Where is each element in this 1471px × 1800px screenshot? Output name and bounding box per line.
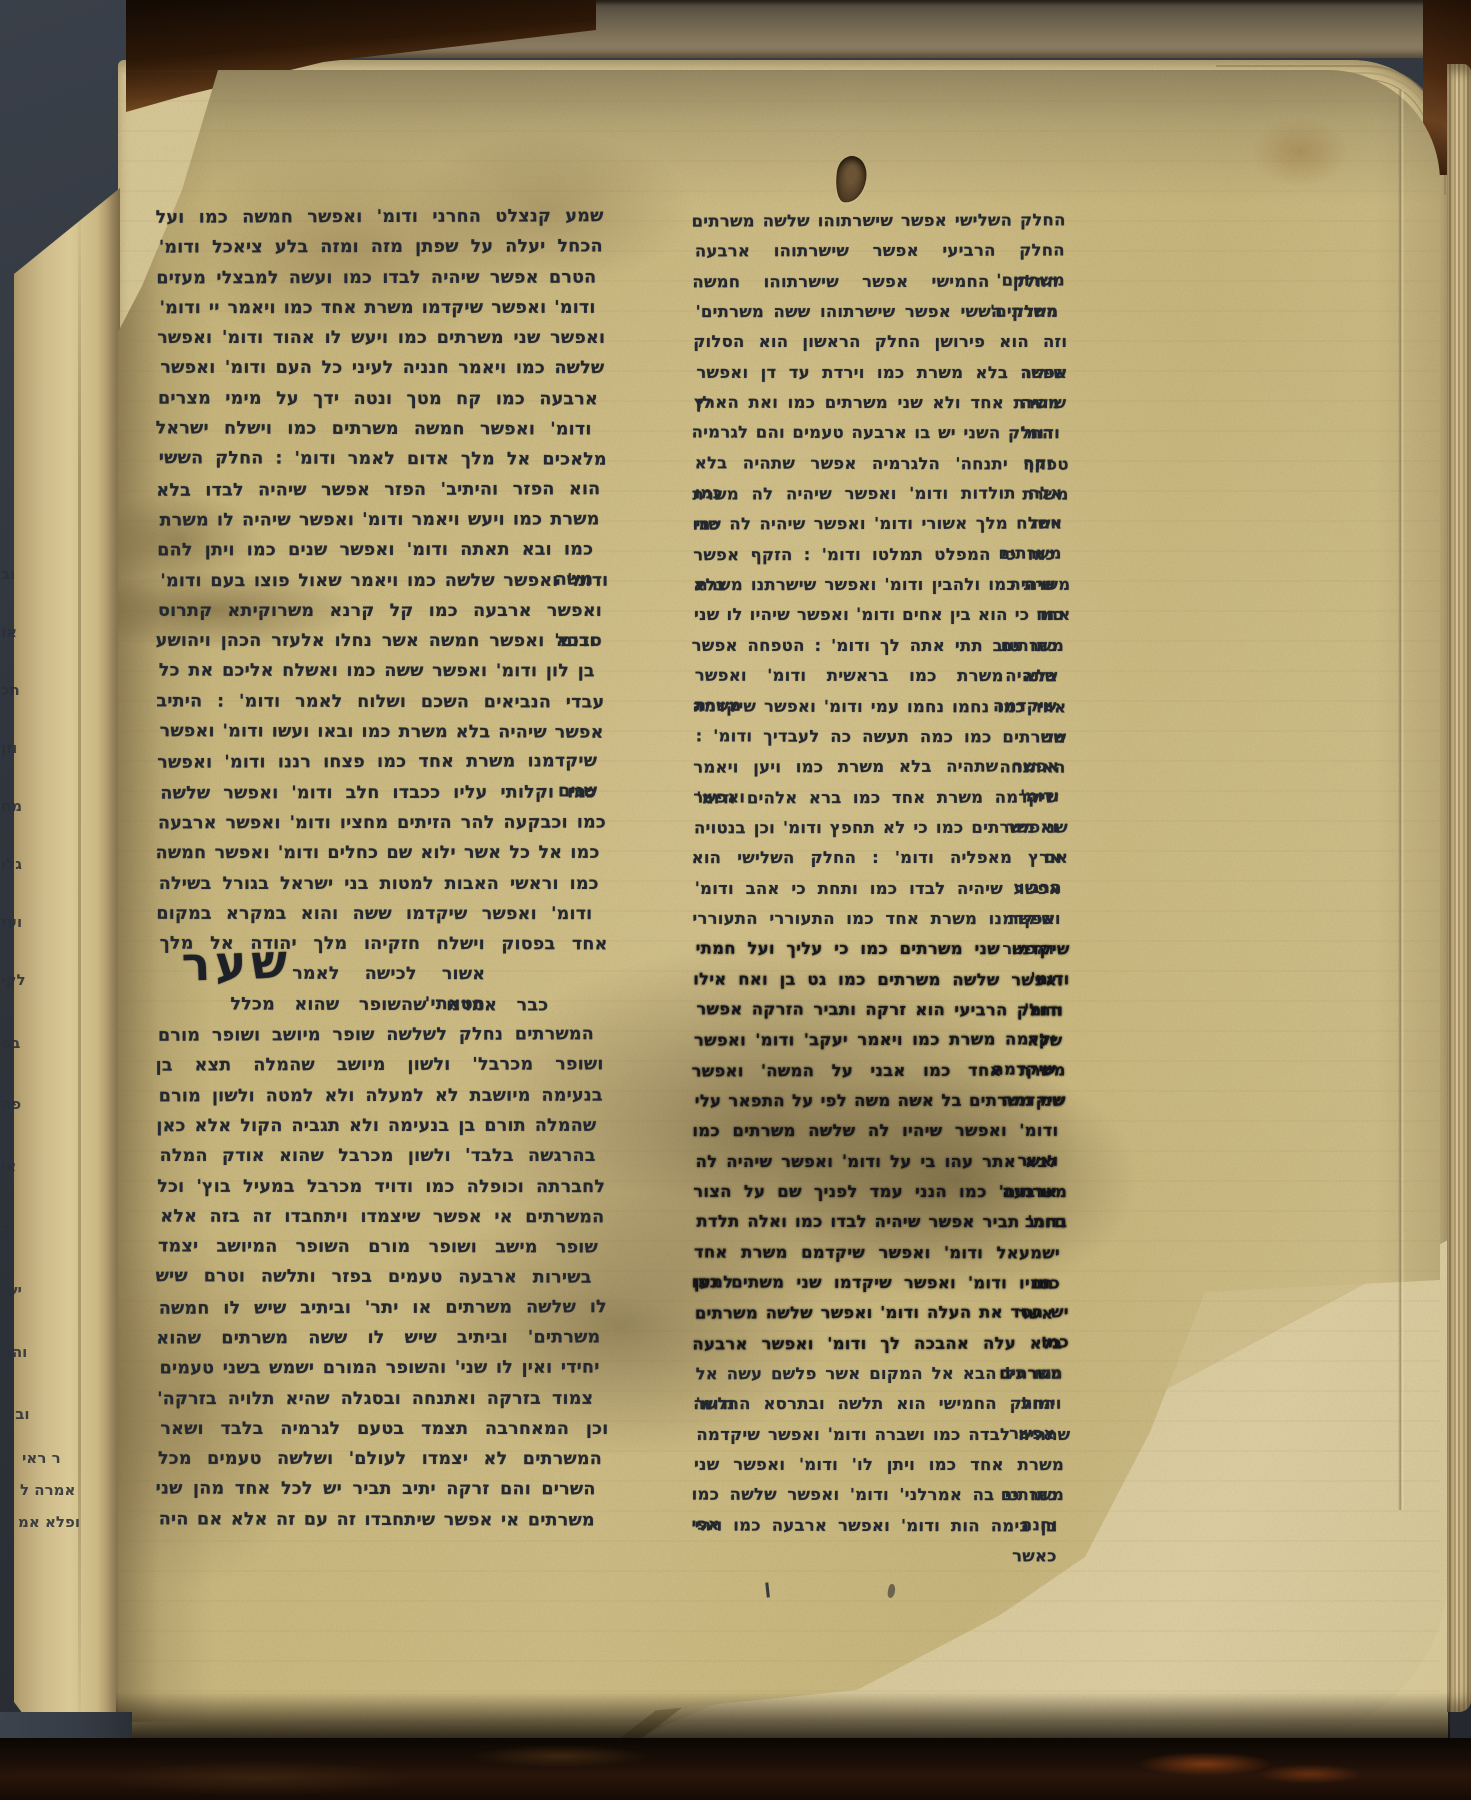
margin-fragment: ובלו (1, 1406, 30, 1422)
manuscript-line: כמו כל הבא אל המקום אשר פלשם עשה אל וימו… (696, 1359, 1070, 1390)
manuscript-line: הטרם אפשר שיהיה לבדו כמו ועשה למבצלי מעז… (156, 262, 604, 293)
manuscript-line: לחברתה וכופלה כמו ודויד מכרבל במעיל בוץ'… (157, 1171, 605, 1202)
manuscript-line: שיקדמנו משרת אחד כמו פצחו רננו ודומ' ואפ… (157, 747, 605, 779)
manuscript-line: יקדמה משרת כמו ויאמר יעקב' ודומ' ואפשר ש… (694, 1025, 1068, 1057)
bottom-edge-shadow (116, 1692, 1450, 1742)
manuscript-line: וכן המאחרבה תצמד בטעם לגרמיה בלבד ושאר (160, 1414, 608, 1444)
manuscript-line: ודומ' ואפשר חמשה אשר נחלו אלעזר הכהן ויה… (156, 626, 604, 657)
manuscript-line: טפחה יתנחה' הלגרמיה אפשר שתהיה בלא משרת … (695, 448, 1069, 480)
manuscript-line: ארבעה כמו קח מטך ונטה ידך על מימי מצרים (158, 383, 606, 414)
margin-fragment: ר ראי (22, 1450, 61, 1466)
manuscript-line: משרתים כמו כמה תעשה כה לעבדיך ודומ' : הא… (696, 721, 1070, 753)
margin-fragment: והמ (1, 1344, 27, 1360)
manuscript-line: החלק הרביעי הוא זרקה ותביר הזרקה אפשר של… (696, 994, 1070, 1026)
manuscript-line: אחד כמו נחמו נחמו עמי ודומ' ואפשר שיקדמה… (692, 691, 1066, 722)
manuscript-line: אפשר שיהיה לבדו כמו ותחת כי אהב ודומ' וא… (695, 874, 1069, 904)
manuscript-line: כמו טוב תתי אתה לך ודומ' : הטפחה אפשר שת… (692, 631, 1066, 662)
manuscript-line: כמו וקלותי עליו ככבדו חלב ודומ' ואפשר של… (160, 777, 608, 808)
manuscript-line: בהרגשה בלבד' ולשון מכרבל שהוא אודק המלה (160, 1141, 608, 1171)
manuscript-line: כמו וכבקעה להר הזיתים מחציו ודומ' ואפשר … (158, 808, 606, 839)
right-text-column: החלק השלישי אפשר שישרתוהו שלשה משרתיםהחל… (694, 206, 1068, 1541)
manuscript-line: שהמלה תורם בן בנעימה ולא תגביה הקול אלא … (156, 1111, 604, 1142)
manuscript-line: בן לון ודומ' ואפשר ששה כמו ואשלח אליכם א… (159, 656, 607, 687)
manuscript-line: תמיו ודומ' ואפשר שיקדמו שני משתים כמו אש… (692, 1267, 1066, 1299)
manuscript-line: אפשר שתהיה בלא משרת כמו ויען ויאמר ודומ'… (693, 752, 1067, 784)
manuscript-line: כמו וראשי האבות למטות בני ישראל בגורל בש… (159, 869, 607, 899)
margin-fragment: ופלא אמ (18, 1514, 80, 1530)
margin-fragment: וזן (1, 740, 17, 756)
manuscript-line: שיקדמו שני משרתים כמו כי עליך ועל חמתי ו… (696, 934, 1070, 965)
manuscript-line: בנעימה מיושבת לא למעלה ולא למטה ולשון מו… (159, 1080, 607, 1111)
margin-fragment: מח (1, 798, 22, 814)
manuscript-photo: שמע קנצלט החרני ודומ' ואפשר חמשה כמו ועל… (0, 0, 1471, 1800)
manuscript-line: ארץ מאפליה ודומ' : החלק השלישי הוא הרביע (692, 843, 1066, 874)
manuscript-line: החלק השלישי אפשר שישרתוהו שלשה משרתים (692, 205, 1066, 237)
manuscript-line: ואפשר שני משרתים כמו ויעש לו אהוד ודומ' … (157, 323, 605, 353)
margin-fragment: וב (1, 566, 15, 582)
manuscript-line: שמע קנצלט החרני ודומ' ואפשר חמשה כמו ועל (156, 201, 604, 233)
manuscript-line: וישלח מלך אשורי ודומ' ואפשר שיהיה לה שני… (696, 509, 1070, 540)
left-text-column: שמע קנצלט החרני ודומ' ואפשר חמשה כמו ועל… (158, 202, 606, 1535)
manuscript-line: ואפשר ארבעה כמו קל קרנא משרוקיתא קתרוס ס… (158, 596, 606, 626)
margin-fragment: גלו (1, 856, 22, 872)
manuscript-line: ודומ' ואפשר שיקדמו ששה והוא במקרא במקום (156, 899, 604, 930)
margin-fragment: ישו (1, 1282, 22, 1298)
manuscript-line: ודומ' ואפשר שלשה כמו ויאמר שאול פוצו בעם… (160, 565, 608, 596)
manuscript-line: ודומ' תביר אפשר שיהיה לבדו כמו ואלה תלדת (696, 1207, 1070, 1238)
manuscript-line: שיהיה בלא משרת כמו וירדת עד דן ואפשר שיה… (696, 358, 1070, 389)
manuscript-line: משרת אחד ולא שני משרתים כמו ואת הארץ ודו… (694, 388, 1068, 419)
manuscript-line: ואפשר שלשה משרתים כמו גט בן ואח אילו ודו… (693, 964, 1067, 995)
manuscript-line: כמו ובא תאתה ודומ' ואפשר שנים כמו ויתן ל… (157, 535, 605, 566)
manuscript-line: בשירות ארבעה טעמים בפזר ותלשה וטרם שיש (156, 1262, 604, 1294)
manuscript-line: המשרתים נחלק לשלשה שופר מיושב ושופר מורם (158, 1019, 606, 1051)
manuscript-line: המשרתים לא יצמדו לעולם' ושלשה טעמים מכל (158, 1444, 606, 1475)
manuscript-line: משרתים' כמו הנני עמד לפניך שם על הצור בח… (693, 1177, 1067, 1208)
manuscript-line: משרתים אי אפשר שיתחבדו זה עם זה אלא אם ה… (159, 1504, 607, 1535)
manuscript-line: וזה הוא פירושן החלק הראשון הוא הסלוק אפש… (693, 327, 1067, 357)
manuscript-line: המשרתים אי אפשר שיצמדו ויתחבדו זה בזה אל… (160, 1201, 608, 1232)
manuscript-line: כבר אמרנו שהשופר שהוא מכלל (160, 989, 608, 1021)
manuscript-line: משרת כמו ולהבין ודומ' ואפשר שישרתנו משרת… (696, 570, 1070, 601)
manuscript-line: יחידי ואין לו שני' והשופר המורם ישמש בשנ… (160, 1353, 608, 1384)
manuscript-line: בן בימה הות ודומ' ואפשר ארבעה כמו ויהי כ… (695, 1510, 1069, 1541)
manuscript-line: אלה תולדות ודומ' ואפשר שיהיה לה משרת אחד… (692, 478, 1066, 510)
manuscript-line: שני משרתים בל אשה משה לפי על התפאר עלי (695, 1086, 1069, 1117)
manuscript-line: משרת אחד כמו אבני על המשה' ואפשר שיקדמה (692, 1055, 1066, 1086)
margin-fragment: וב (1, 1220, 15, 1236)
manuscript-line: משרתים' וביתיב שיש לו ששה משרתים שהוא (156, 1322, 604, 1353)
manuscript-line: הוא הפזר והיתיב' הפזר אפשר שיהיה לבדו בל… (156, 474, 604, 506)
manuscript-line: לבא אתר עהו בי על ודומ' ואפשר שיהיה לה א… (696, 1147, 1070, 1177)
margin-fragment: אמרה ל (20, 1482, 75, 1498)
manuscript-line: כמו כי הוא בין אחים ודומ' ואפשר שיהיו לו… (694, 600, 1068, 630)
manuscript-line: לו שלשה משרתים או יתר' וביתיב שיש לו חמש… (159, 1292, 607, 1324)
manuscript-line: ודומ' ואפשר שיקדמו משרת אחד כמו ויאמר יי… (160, 293, 608, 324)
manuscript-line: בלא משרת כמו בראשית ודומ' ואפשר שיקדמה מ… (695, 661, 1069, 692)
manuscript-line: אפשר שיהיה בלא משרת כמו ובאו ועשו ודומ' … (160, 716, 608, 748)
margin-fragment: לקי (1, 972, 26, 988)
manuscript-line: ושופר מכרבל' ולשון מיושב שהמלה תצא בן (156, 1050, 604, 1081)
fore-edge-page-stack (1447, 64, 1471, 1712)
manuscript-line: משרת כמו ויעש ויאמר ודומ' ואפשר שיהיה לו… (160, 504, 608, 535)
manuscript-line: שלשה כמו ויאמר חנניה לעיני כל העם ודומ' … (160, 353, 608, 384)
manuscript-line: החלק השני יש בו ארבעה טעמים והם לגרמיה ז… (692, 418, 1066, 449)
manuscript-line: הכחל יעלה על שפתן מזה ומזה בלע ציאכל ודו… (159, 232, 607, 263)
margin-fragment: ועז (1, 914, 22, 930)
manuscript-line: שתהיה לבדה כמו ושברה ודומ' ואפשר שיקדמה (696, 1420, 1070, 1450)
outer-margin-crease (1398, 90, 1404, 1510)
manuscript-line: ודומ' ואפשר חמשה משרתים כמו וישלח ישראל (156, 413, 604, 444)
margin-fragment: אי (1, 1158, 16, 1174)
manuscript-line: צמוד בזרקה ואתנחה ובסגלה שהיא תלויה בזרק… (157, 1383, 605, 1414)
margin-fragment: או (1, 624, 17, 640)
manuscript-line: שיקדמה משרת אחד כמו ברא אלהים ודומ' ואפש… (696, 782, 1070, 813)
margin-fragment: תכ (1, 682, 20, 698)
manuscript-line: ודומ' ואפשר שיהיו לה שלשה משרתים כמו ואש… (692, 1116, 1066, 1147)
chapter-heading: שער (175, 934, 293, 993)
manuscript-line: כמו כי המפלט תמלטו ודומ' : הזקף אפשר שיה… (693, 539, 1067, 570)
manuscript-line: ישמעאל ודומ' ואפשר שיקדמם משרת אחד כמו ל… (694, 1237, 1068, 1268)
manuscript-line: משרת אחד כמו ויתן לו' ודומ' ואפשר שני מש… (694, 1450, 1068, 1481)
manuscript-line: שופר מישב ושופר מורם השופר המיושב יצמד (158, 1232, 606, 1263)
manuscript-line: שני משרתים כמו כי לא תחפץ ודומ' וכן בנטו… (694, 813, 1068, 844)
manuscript-line: כמו כי בה אמרלני' ודומ' ואפשר שלשה כמו ו… (692, 1480, 1066, 1511)
manuscript-line: החלק החמישי אפשר שישרתוהו חמשה משרתים' (692, 266, 1066, 297)
margin-fragment: בט (1, 1035, 20, 1051)
margin-fragment: פה (1, 1096, 21, 1112)
manuscript-line: החלק הששי אפשר שישרתוהו ששה משרתים' (696, 297, 1070, 328)
manuscript-line: בלא עלה אהבכה לך ודומ' ואפשר ארבעה משרתי… (692, 1328, 1066, 1359)
manuscript-line: מלאכים אל מלך אדום לאמר ודומ' : החלק השש… (159, 444, 607, 476)
manuscript-line: עבדי הנביאים השכם ושלוח לאמר ודומ' : הית… (156, 686, 604, 717)
manuscript-line: שיקדמנו משרת אחד כמו התעוררי התעוררי ואפ… (692, 904, 1066, 935)
manuscript-line: החלק החמישי הוא תלשה ובתרסא התלשה אפשר (693, 1389, 1067, 1420)
manuscript-line: יש חסד את העלה ודומ' ואפשר שלשה משרתים כ… (695, 1298, 1069, 1330)
manuscript-line: כמו אל כל אשר ילוא שם כחלים ודומ' ואפשר … (156, 838, 604, 869)
leather-binding-bottom (0, 1738, 1471, 1800)
manuscript-line: השרים והם זרקה יתיב תביר יש לכל אחד מהן … (156, 1474, 604, 1505)
manuscript-line: החלק הרביעי אפשר שישרתוהו ארבעה משרתים' (695, 236, 1069, 267)
